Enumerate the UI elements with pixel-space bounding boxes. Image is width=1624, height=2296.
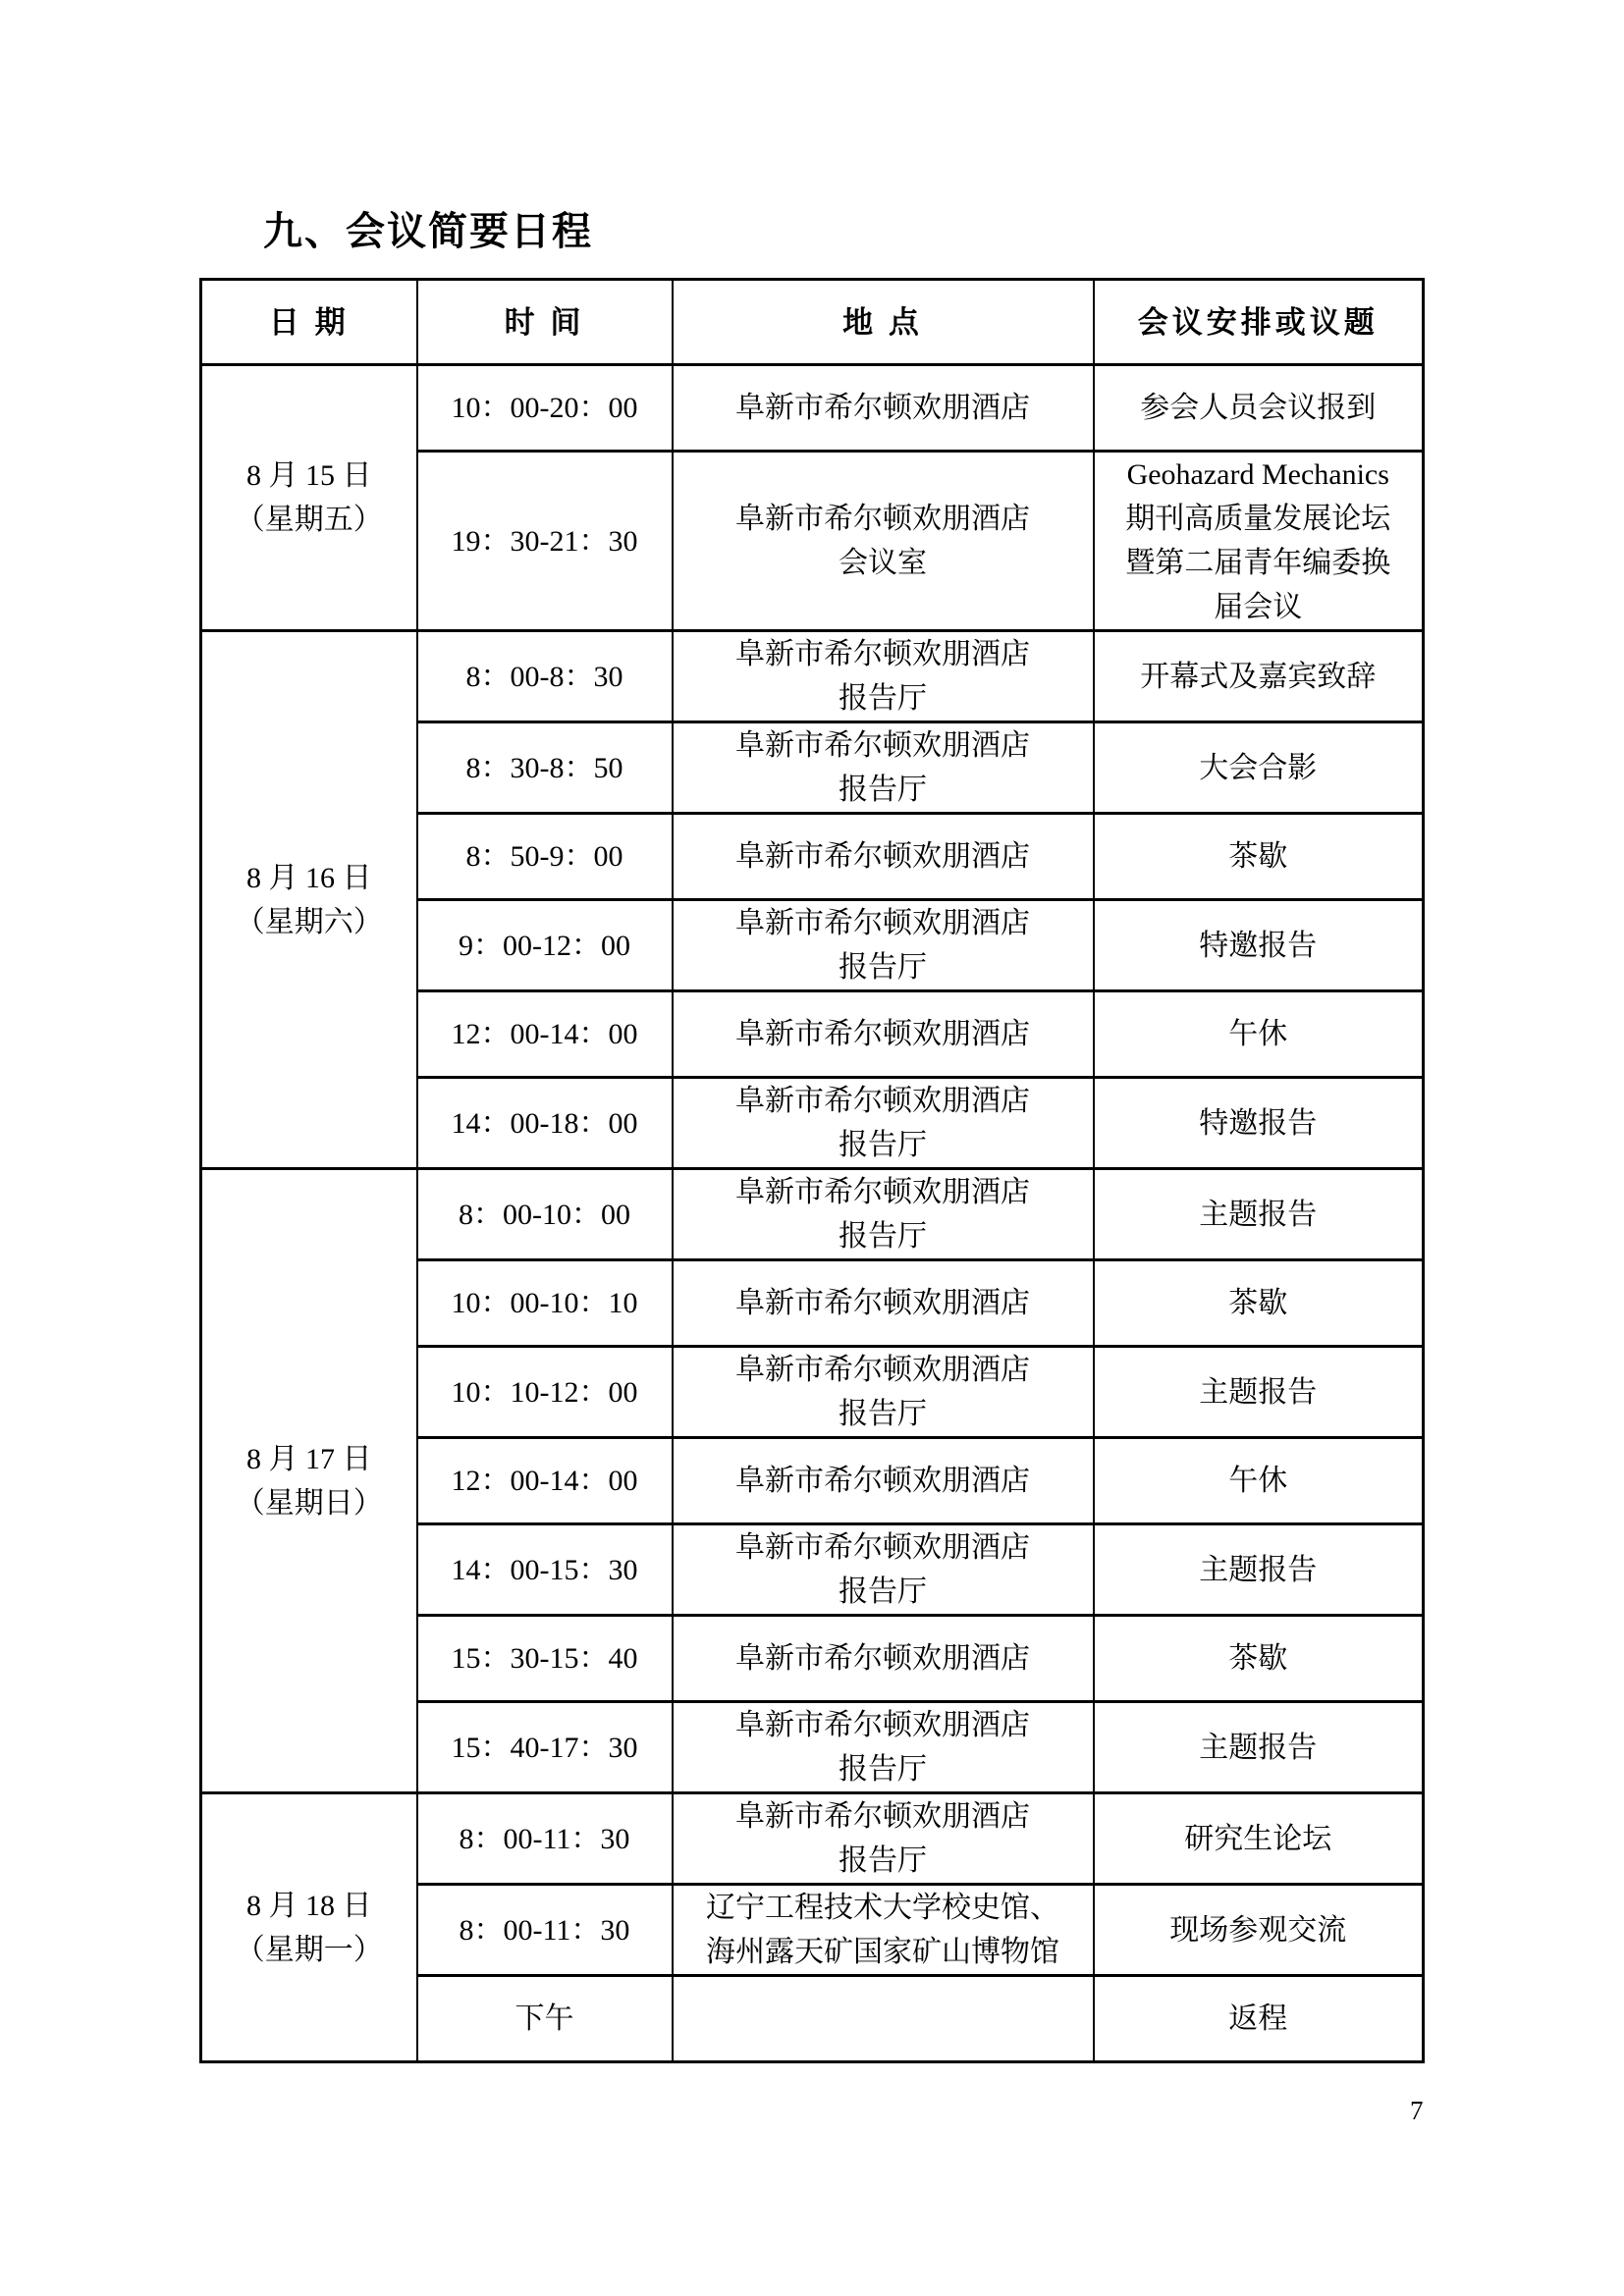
agenda-cell: 特邀报告 <box>1094 900 1424 991</box>
location-cell: 阜新市希尔顿欢朋酒店 报告厅 <box>673 1347 1094 1438</box>
location-cell <box>673 1976 1094 2062</box>
time-cell: 9：00-12：00 <box>417 900 673 991</box>
time-cell: 8：00-11：30 <box>417 1793 673 1885</box>
agenda-cell: 主题报告 <box>1094 1347 1424 1438</box>
agenda-cell: 主题报告 <box>1094 1524 1424 1616</box>
time-cell: 8：00-8：30 <box>417 631 673 722</box>
agenda-cell: 开幕式及嘉宾致辞 <box>1094 631 1424 722</box>
schedule-table: 日 期 时 间 地 点 会议安排或议题 8 月 15 日 （星期五） 10：00… <box>199 278 1425 2063</box>
location-cell: 阜新市希尔顿欢朋酒店 报告厅 <box>673 722 1094 814</box>
agenda-cell: 茶歇 <box>1094 1260 1424 1347</box>
time-cell: 8：00-11：30 <box>417 1885 673 1976</box>
location-cell: 阜新市希尔顿欢朋酒店 报告厅 <box>673 900 1094 991</box>
table-row: 8 月 17 日 （星期日） 8：00-10：00 阜新市希尔顿欢朋酒店 报告厅… <box>201 1169 1424 1260</box>
agenda-cell: 午休 <box>1094 1438 1424 1524</box>
agenda-cell: 大会合影 <box>1094 722 1424 814</box>
time-cell: 19：30-21：30 <box>417 452 673 631</box>
agenda-cell: 午休 <box>1094 991 1424 1078</box>
document-page: 九、会议简要日程 日 期 时 间 地 点 会议安排或议题 8 月 15 日 （星… <box>0 0 1624 2296</box>
time-cell: 15：40-17：30 <box>417 1702 673 1793</box>
location-cell: 阜新市希尔顿欢朋酒店 报告厅 <box>673 1078 1094 1169</box>
table-row: 8 月 15 日 （星期五） 10：00-20：00 阜新市希尔顿欢朋酒店 参会… <box>201 365 1424 452</box>
location-cell: 辽宁工程技术大学校史馆、 海州露天矿国家矿山博物馆 <box>673 1885 1094 1976</box>
location-cell: 阜新市希尔顿欢朋酒店 报告厅 <box>673 631 1094 722</box>
date-group-cell: 8 月 15 日 （星期五） <box>201 365 417 631</box>
time-cell: 14：00-18：00 <box>417 1078 673 1169</box>
agenda-cell: 主题报告 <box>1094 1169 1424 1260</box>
table-header-row: 日 期 时 间 地 点 会议安排或议题 <box>201 280 1424 365</box>
table-row: 8 月 18 日 （星期一） 8：00-11：30 阜新市希尔顿欢朋酒店 报告厅… <box>201 1793 1424 1885</box>
location-cell: 阜新市希尔顿欢朋酒店 报告厅 <box>673 1524 1094 1616</box>
agenda-cell: 研究生论坛 <box>1094 1793 1424 1885</box>
location-cell: 阜新市希尔顿欢朋酒店 <box>673 1260 1094 1347</box>
date-group-cell: 8 月 18 日 （星期一） <box>201 1793 417 2062</box>
time-cell: 10：00-10：10 <box>417 1260 673 1347</box>
date-group-cell: 8 月 16 日 （星期六） <box>201 631 417 1169</box>
time-cell: 15：30-15：40 <box>417 1616 673 1702</box>
location-cell: 阜新市希尔顿欢朋酒店 <box>673 1616 1094 1702</box>
location-cell: 阜新市希尔顿欢朋酒店 <box>673 991 1094 1078</box>
location-cell: 阜新市希尔顿欢朋酒店 <box>673 814 1094 900</box>
header-cell-location: 地 点 <box>673 280 1094 365</box>
agenda-cell: 返程 <box>1094 1976 1424 2062</box>
header-cell-agenda: 会议安排或议题 <box>1094 280 1424 365</box>
agenda-cell: 茶歇 <box>1094 1616 1424 1702</box>
location-cell: 阜新市希尔顿欢朋酒店 报告厅 <box>673 1702 1094 1793</box>
page-title: 九、会议简要日程 <box>263 210 593 253</box>
header-cell-time: 时 间 <box>417 280 673 365</box>
time-cell: 12：00-14：00 <box>417 1438 673 1524</box>
time-cell: 10：00-20：00 <box>417 365 673 452</box>
location-cell: 阜新市希尔顿欢朋酒店 <box>673 1438 1094 1524</box>
table-row: 8 月 16 日 （星期六） 8：00-8：30 阜新市希尔顿欢朋酒店 报告厅 … <box>201 631 1424 722</box>
time-cell: 8：30-8：50 <box>417 722 673 814</box>
agenda-cell: 参会人员会议报到 <box>1094 365 1424 452</box>
agenda-cell: 现场参观交流 <box>1094 1885 1424 1976</box>
location-cell: 阜新市希尔顿欢朋酒店 会议室 <box>673 452 1094 631</box>
agenda-cell: 特邀报告 <box>1094 1078 1424 1169</box>
agenda-cell: 茶歇 <box>1094 814 1424 900</box>
location-cell: 阜新市希尔顿欢朋酒店 <box>673 365 1094 452</box>
time-cell: 8：00-10：00 <box>417 1169 673 1260</box>
agenda-cell: 主题报告 <box>1094 1702 1424 1793</box>
agenda-cell: Geohazard Mechanics 期刊高质量发展论坛 暨第二届青年编委换 … <box>1094 452 1424 631</box>
time-cell: 10：10-12：00 <box>417 1347 673 1438</box>
time-cell: 12：00-14：00 <box>417 991 673 1078</box>
time-cell: 下午 <box>417 1976 673 2062</box>
page-number: 7 <box>1410 2095 1424 2126</box>
date-group-cell: 8 月 17 日 （星期日） <box>201 1169 417 1793</box>
location-cell: 阜新市希尔顿欢朋酒店 报告厅 <box>673 1169 1094 1260</box>
time-cell: 14：00-15：30 <box>417 1524 673 1616</box>
time-cell: 8：50-9：00 <box>417 814 673 900</box>
location-cell: 阜新市希尔顿欢朋酒店 报告厅 <box>673 1793 1094 1885</box>
header-cell-date: 日 期 <box>201 280 417 365</box>
